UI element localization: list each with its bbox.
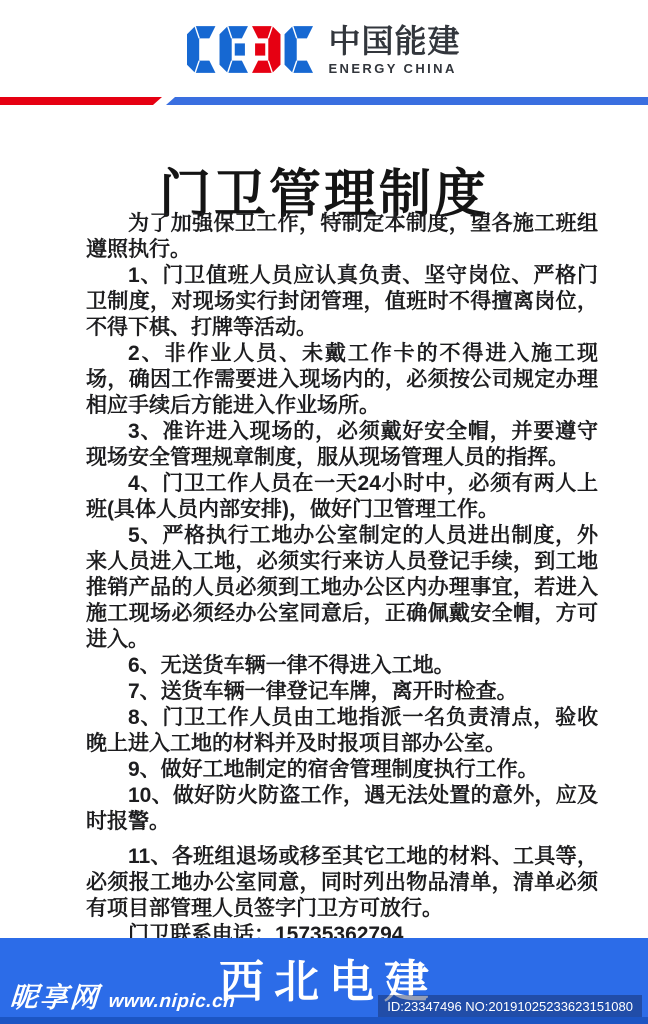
logo-letter-c1 — [187, 27, 215, 74]
rule-item-11: 11、各班组退场或移至其它工地的材料、工具等，必须报工地办公室同意，同时列出物品… — [86, 844, 598, 922]
intro-paragraph: 为了加强保卫工作，特制定本制度，望各施工班组遵照执行。 — [86, 211, 598, 263]
divider-line — [0, 97, 648, 105]
regulation-body: 为了加强保卫工作，特制定本制度，望各施工班组遵照执行。 1、门卫值班人员应认真负… — [86, 211, 598, 974]
poster-page: 中国能建 ENERGY CHINA 门卫管理制度 为了加强保卫工作，特制定本制度… — [0, 0, 648, 1024]
logo-letter-e2-mid — [256, 44, 266, 56]
rule-item-8: 8、门卫工作人员由工地指派一名负责清点，验收晚上进入工地的材料并及时报项目部办公… — [86, 705, 598, 757]
rule-item-10: 10、做好防火防盗工作，遇无法处置的意外，应及时报警。 — [86, 783, 598, 835]
watermark: 昵享网 www.nipic.cn — [9, 976, 238, 1016]
image-id-badge: ID:23347496 NO:20191025233623151080 — [378, 995, 642, 1017]
rule-item-3: 3、准许进入现场的，必须戴好安全帽，并要遵守现场安全管理规章制度，服从现场管理人… — [86, 419, 598, 471]
logo-name-cn: 中国能建 — [328, 24, 460, 60]
rule-item-5: 5、严格执行工地办公室制定的人员进出制度，外来人员进入工地，必须实行来访人员登记… — [86, 523, 598, 653]
rule-item-6: 6、无送货车辆一律不得进入工地。 — [86, 653, 598, 679]
logo-letter-c2 — [285, 27, 313, 74]
watermark-site-name: 昵享网 — [9, 976, 102, 1016]
rule-item-7: 7、送货车辆一律登记车牌，离开时检查。 — [86, 679, 598, 705]
logo-letter-e1-mid — [235, 44, 245, 56]
rule-item-4: 4、门卫工作人员在一天24小时中，必须有两人上班(具体人员内部安排)，做好门卫管… — [86, 471, 598, 523]
rule-item-1: 1、门卫值班人员应认真负责、坚守岗位、严格门卫制度，对现场实行封闭管理，值班时不… — [86, 263, 598, 341]
divider-red-segment — [0, 97, 162, 105]
rule-item-2: 2、非作业人员、未戴工作卡的不得进入施工现场，确因工作需要进入现场内的，必须按公… — [86, 341, 598, 419]
header-logo: 中国能建 ENERGY CHINA — [0, 24, 648, 76]
ceec-logo-icon — [187, 26, 313, 73]
watermark-url: www.nipic.cn — [108, 991, 236, 1013]
footer-bottom-edge — [0, 1017, 648, 1024]
logo-text-block: 中国能建 ENERGY CHINA — [328, 24, 460, 76]
rule-item-9: 9、做好工地制定的宿舍管理制度执行工作。 — [86, 757, 598, 783]
footer-bar: 西北电建 昵享网 www.nipic.cn ID:23347496 NO:201… — [0, 938, 648, 1024]
divider-blue-segment — [166, 97, 648, 105]
logo-name-en: ENERGY CHINA — [328, 61, 460, 76]
